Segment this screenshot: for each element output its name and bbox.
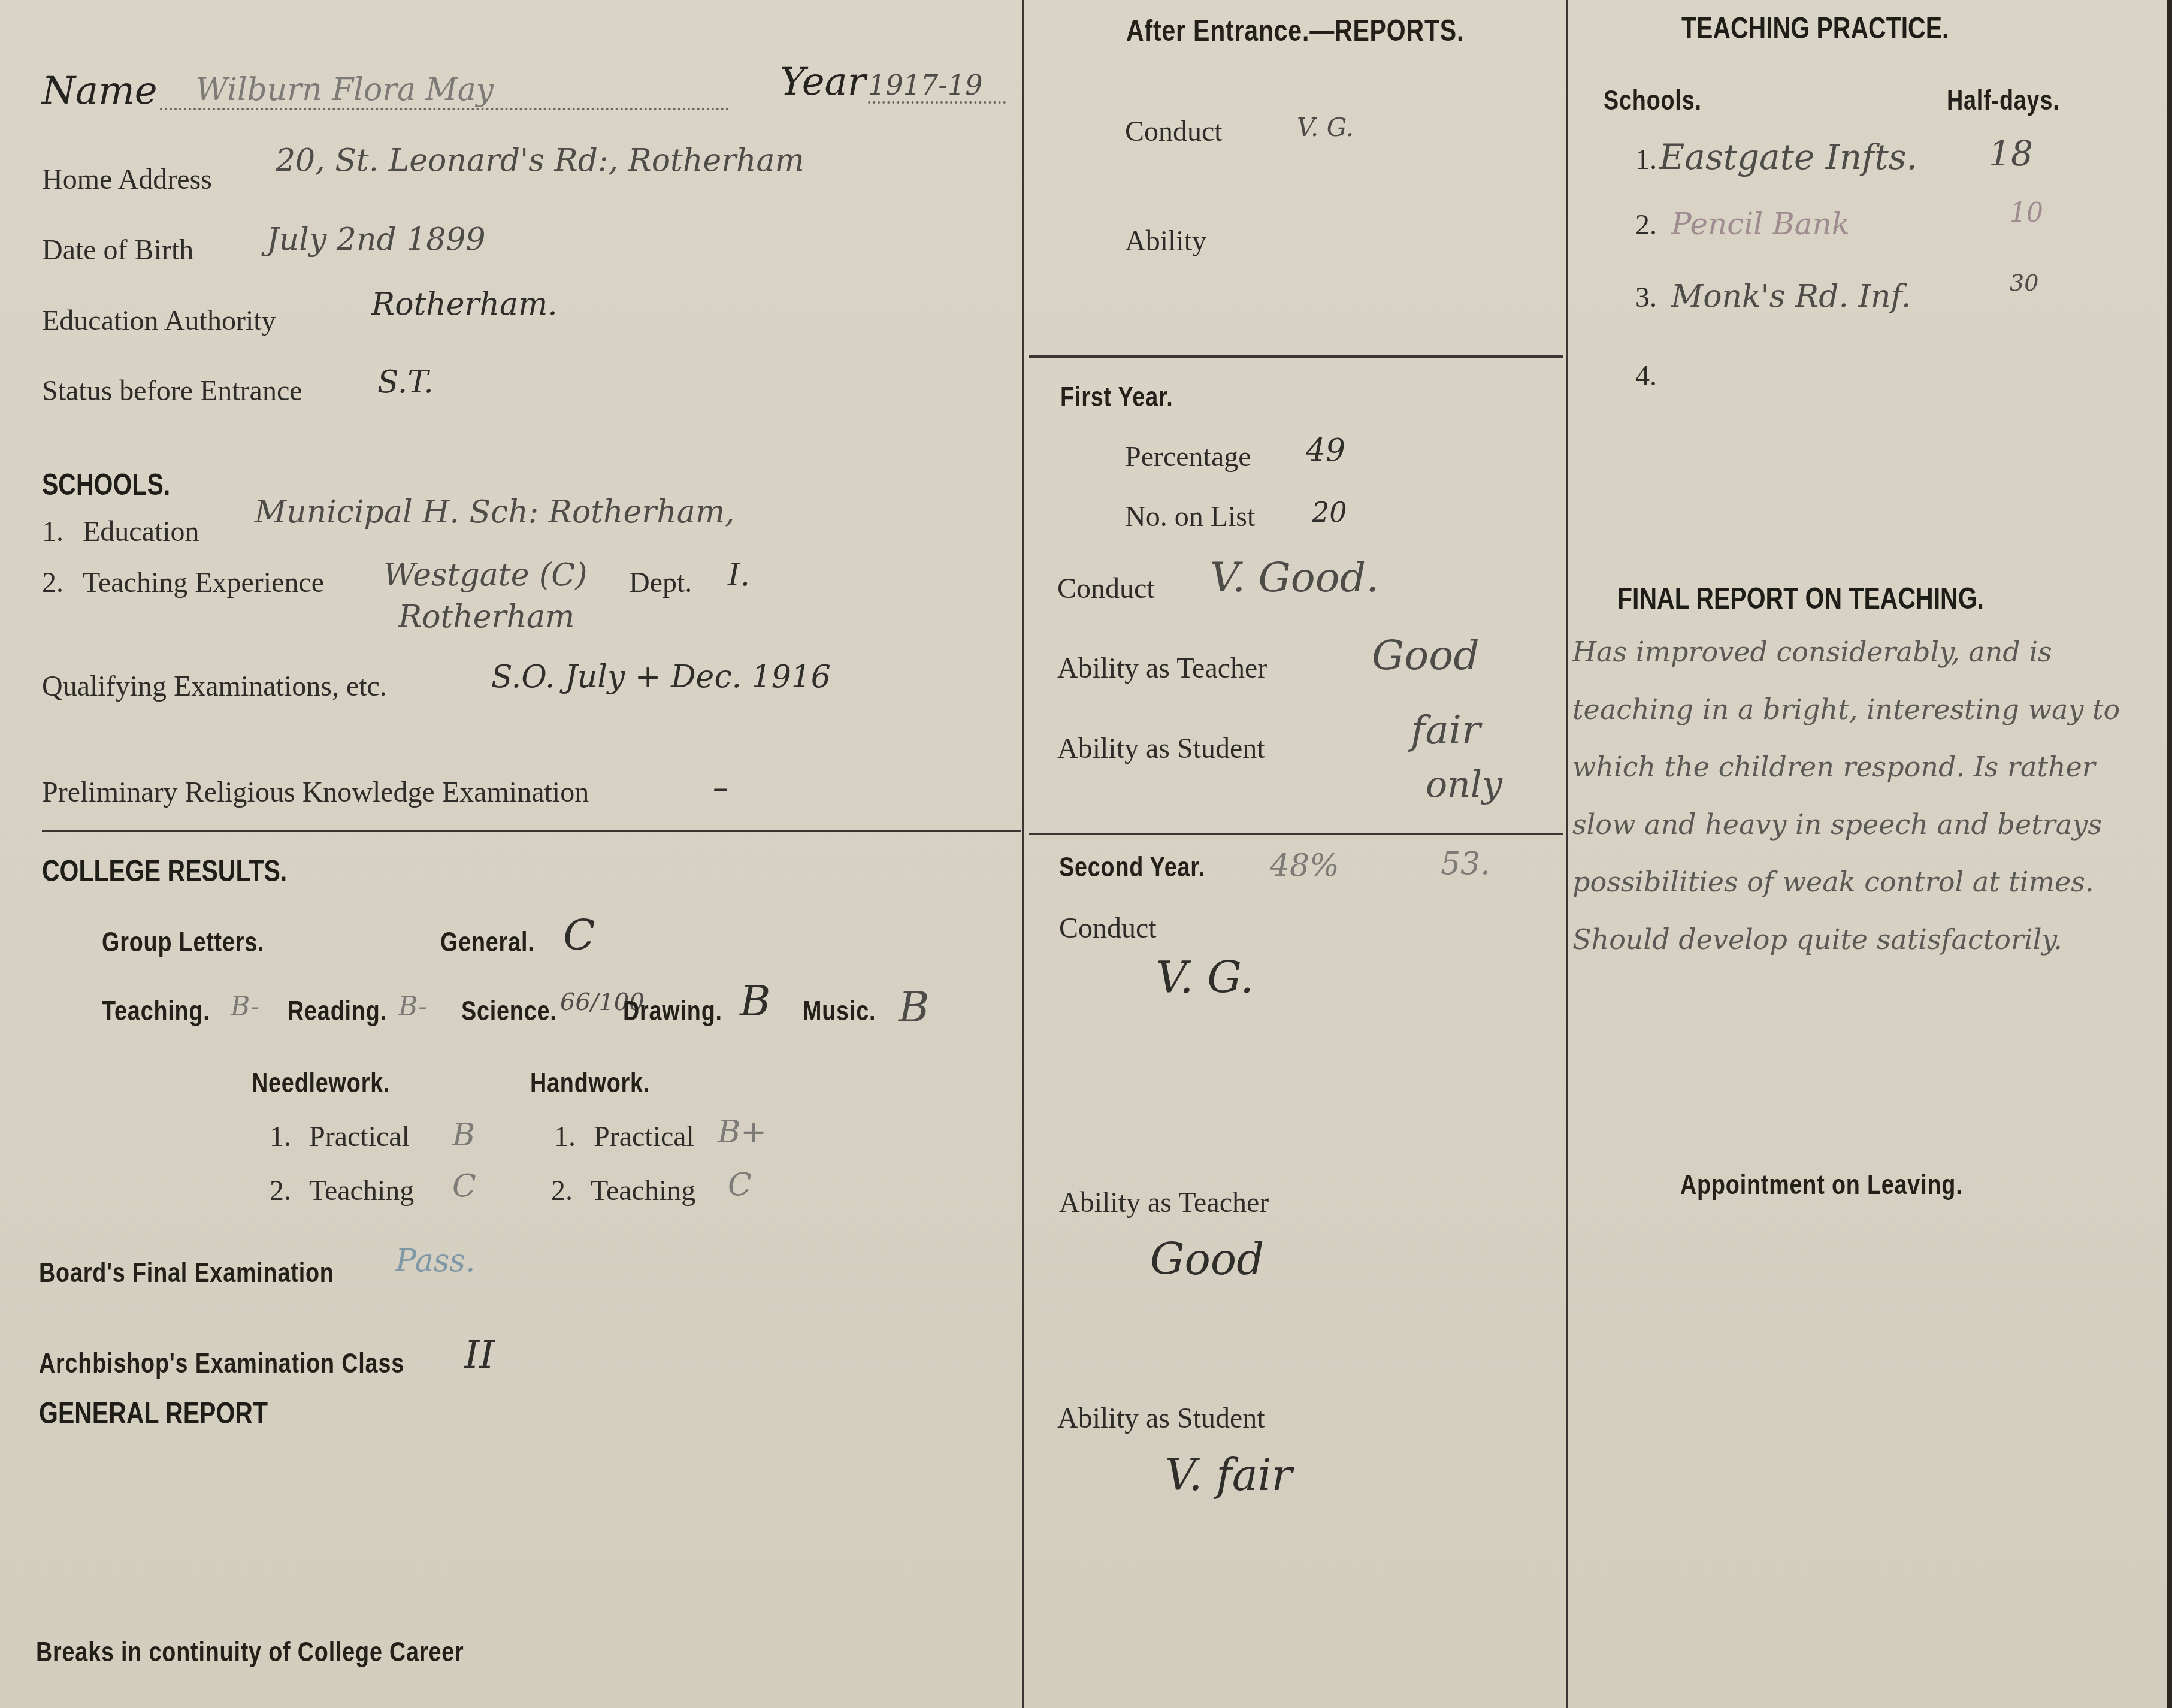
drawing-value: B	[740, 977, 770, 1026]
education-value: Municipal H. Sch: Rotherham,	[255, 494, 735, 530]
needlework-practical-row: 1. Practical	[270, 1120, 410, 1153]
home-address-value: 20, St. Leonard's Rd:, Rotherham	[276, 143, 804, 179]
music-value: B	[899, 983, 929, 1032]
card-edge	[2167, 0, 2172, 1708]
year-value: 1917-19	[868, 69, 982, 101]
first-year-student-value-2: only	[1426, 764, 1502, 806]
name-row: Name Wilburn Flora May	[42, 69, 729, 114]
tp-row-1-halfdays: 18	[1989, 133, 2033, 174]
second-year-list-value: 53.	[1441, 846, 1490, 882]
second-year-teacher-label: Ability as Teacher	[1059, 1186, 1269, 1219]
tp-row-school: Eastgate Infts.	[1659, 137, 1917, 177]
board-exam-value: Pass.	[395, 1243, 476, 1279]
teaching-value: B-	[231, 991, 259, 1022]
authority-label: Education Authority	[42, 304, 276, 337]
tp-halfdays-label: Half-days.	[1947, 84, 2059, 116]
first-year-teacher-label: Ability as Teacher	[1057, 652, 1267, 685]
year-field[interactable]: 1917-19	[868, 69, 1006, 104]
column-divider-right	[1566, 0, 1568, 1708]
authority-value: Rotherham.	[371, 286, 558, 322]
tp-row-school: Pencil Bank	[1671, 207, 1850, 241]
needlework-teaching-value: C	[452, 1168, 476, 1204]
section-divider-middle-2	[1029, 833, 1563, 835]
first-year-student-value: fair	[1411, 707, 1480, 753]
dob-value: July 2nd 1899	[267, 222, 486, 258]
status-label: Status before Entrance	[42, 374, 302, 407]
handwork-teaching-num: 2.	[551, 1175, 573, 1207]
entrance-conduct-label: Conduct	[1125, 115, 1223, 148]
needlework-practical-num: 1.	[270, 1121, 291, 1153]
needlework-label: Needlework.	[252, 1066, 390, 1099]
final-report-heading: FINAL REPORT ON TEACHING.	[1617, 581, 1984, 616]
dept-value: I.	[728, 557, 750, 593]
breaks-label: Breaks in continuity of College Career	[36, 1636, 464, 1668]
dob-label: Date of Birth	[42, 234, 193, 267]
drawing-label: Drawing.	[623, 994, 722, 1027]
experience-num: 2.	[42, 567, 63, 598]
qualifying-value: S.O. July + Dec. 1916	[491, 659, 831, 695]
handwork-practical-value: B+	[718, 1114, 767, 1150]
entrance-ability-label: Ability	[1125, 225, 1206, 258]
tp-row-3: 3. Monk's Rd. Inf.	[1635, 279, 1911, 315]
group-letters-label: Group Letters.	[102, 926, 264, 958]
name-value: Wilburn Flora May	[196, 72, 494, 108]
handwork-label: Handwork.	[530, 1066, 650, 1099]
experience-value-line2: Rotherham	[398, 599, 574, 635]
record-card: Name Wilburn Flora May Year 1917-19 Home…	[0, 0, 2172, 1708]
needlework-practical-value: B	[452, 1117, 475, 1153]
first-year-conduct-label: Conduct	[1057, 572, 1155, 605]
second-year-teacher-value: Good	[1150, 1234, 1264, 1284]
section-divider-middle-1	[1029, 355, 1563, 358]
first-year-list-value: 20	[1312, 496, 1347, 528]
tp-row-school: Monk's Rd. Inf.	[1671, 279, 1911, 315]
college-results-heading: COLLEGE RESULTS.	[42, 854, 287, 888]
first-year-conduct-value: V. Good.	[1210, 554, 1379, 601]
tp-row-3-halfdays: 30	[2010, 270, 2038, 296]
tp-row-1: 1. Eastgate Infts.	[1635, 137, 1917, 177]
handwork-teaching-row: 2. Teaching	[551, 1174, 695, 1207]
general-report-heading: GENERAL REPORT	[39, 1396, 268, 1431]
general-label: General.	[440, 926, 535, 958]
second-year-conduct-value: V. G.	[1156, 953, 1254, 1003]
science-label: Science.	[461, 994, 557, 1027]
reading-value: B-	[398, 991, 427, 1022]
education-row: 1. Education	[42, 515, 199, 548]
second-year-student-value: V. fair	[1165, 1450, 1292, 1500]
second-year-conduct-label: Conduct	[1059, 912, 1157, 945]
qualifying-label: Qualifying Examinations, etc.	[42, 670, 387, 703]
teaching-practice-heading: TEACHING PRACTICE.	[1681, 11, 1949, 46]
experience-value: Westgate (C)	[383, 557, 587, 593]
second-year-percentage-value: 48%	[1270, 848, 1339, 884]
needlework-practical-label: Practical	[309, 1121, 410, 1153]
handwork-practical-row: 1. Practical	[554, 1120, 694, 1153]
tp-schools-label: Schools.	[1604, 84, 1702, 116]
first-year-list-label: No. on List	[1125, 500, 1255, 533]
first-year-teacher-value: Good	[1372, 632, 1480, 679]
second-year-heading: Second Year.	[1059, 851, 1205, 883]
reports-heading: After Entrance.—REPORTS.	[1126, 13, 1464, 48]
education-num: 1.	[42, 516, 63, 548]
archbishop-exam-value: II	[464, 1333, 495, 1377]
first-year-percentage-value: 49	[1306, 433, 1345, 468]
dept-label: Dept.	[629, 566, 692, 599]
schools-heading: SCHOOLS.	[42, 467, 170, 502]
needlework-teaching-row: 2. Teaching	[270, 1174, 414, 1207]
teaching-label: Teaching.	[102, 994, 210, 1027]
section-divider-left	[42, 830, 1021, 832]
experience-row: 2. Teaching Experience	[42, 566, 324, 599]
first-year-student-label: Ability as Student	[1057, 732, 1265, 765]
needlework-teaching-num: 2.	[270, 1175, 291, 1207]
tp-row-num: 2.	[1635, 209, 1657, 241]
experience-label: Teaching Experience	[83, 567, 324, 598]
religious-label: Preliminary Religious Knowledge Examinat…	[42, 776, 589, 809]
handwork-teaching-value: C	[728, 1167, 752, 1203]
tp-row-num: 3.	[1635, 282, 1657, 313]
archbishop-exam-label: Archbishop's Examination Class	[39, 1347, 404, 1379]
tp-row-2-halfdays: 10	[2010, 198, 2043, 228]
religious-value: –	[713, 770, 728, 806]
name-field[interactable]: Wilburn Flora May	[160, 72, 729, 110]
handwork-practical-num: 1.	[554, 1121, 576, 1153]
tp-row-4: 4.	[1635, 359, 1657, 392]
handwork-teaching-label: Teaching	[591, 1175, 695, 1207]
handwork-practical-label: Practical	[594, 1121, 694, 1153]
reading-label: Reading.	[288, 994, 387, 1027]
first-year-percentage-label: Percentage	[1125, 440, 1251, 473]
education-label: Education	[83, 516, 199, 548]
entrance-conduct-value: V. G.	[1297, 113, 1354, 142]
board-exam-label: Board's Final Examination	[39, 1256, 334, 1289]
home-address-label: Home Address	[42, 163, 212, 196]
tp-row-num: 4.	[1635, 360, 1657, 392]
final-report-text: Has improved considerably, and is teachi…	[1572, 623, 2165, 968]
year-row: Year 1917-19	[780, 60, 1006, 104]
column-divider-left	[1022, 0, 1024, 1708]
needlework-teaching-label: Teaching	[309, 1175, 414, 1207]
second-year-student-label: Ability as Student	[1057, 1402, 1265, 1435]
first-year-heading: First Year.	[1060, 380, 1173, 413]
music-label: Music.	[803, 994, 876, 1027]
status-value: S.T.	[377, 364, 434, 400]
appointment-heading: Appointment on Leaving.	[1680, 1168, 1962, 1201]
tp-row-2: 2. Pencil Bank	[1635, 207, 1850, 241]
general-value: C	[563, 911, 595, 960]
name-label: Name	[42, 69, 158, 113]
year-label: Year	[780, 60, 866, 104]
tp-row-num: 1.	[1635, 144, 1657, 176]
